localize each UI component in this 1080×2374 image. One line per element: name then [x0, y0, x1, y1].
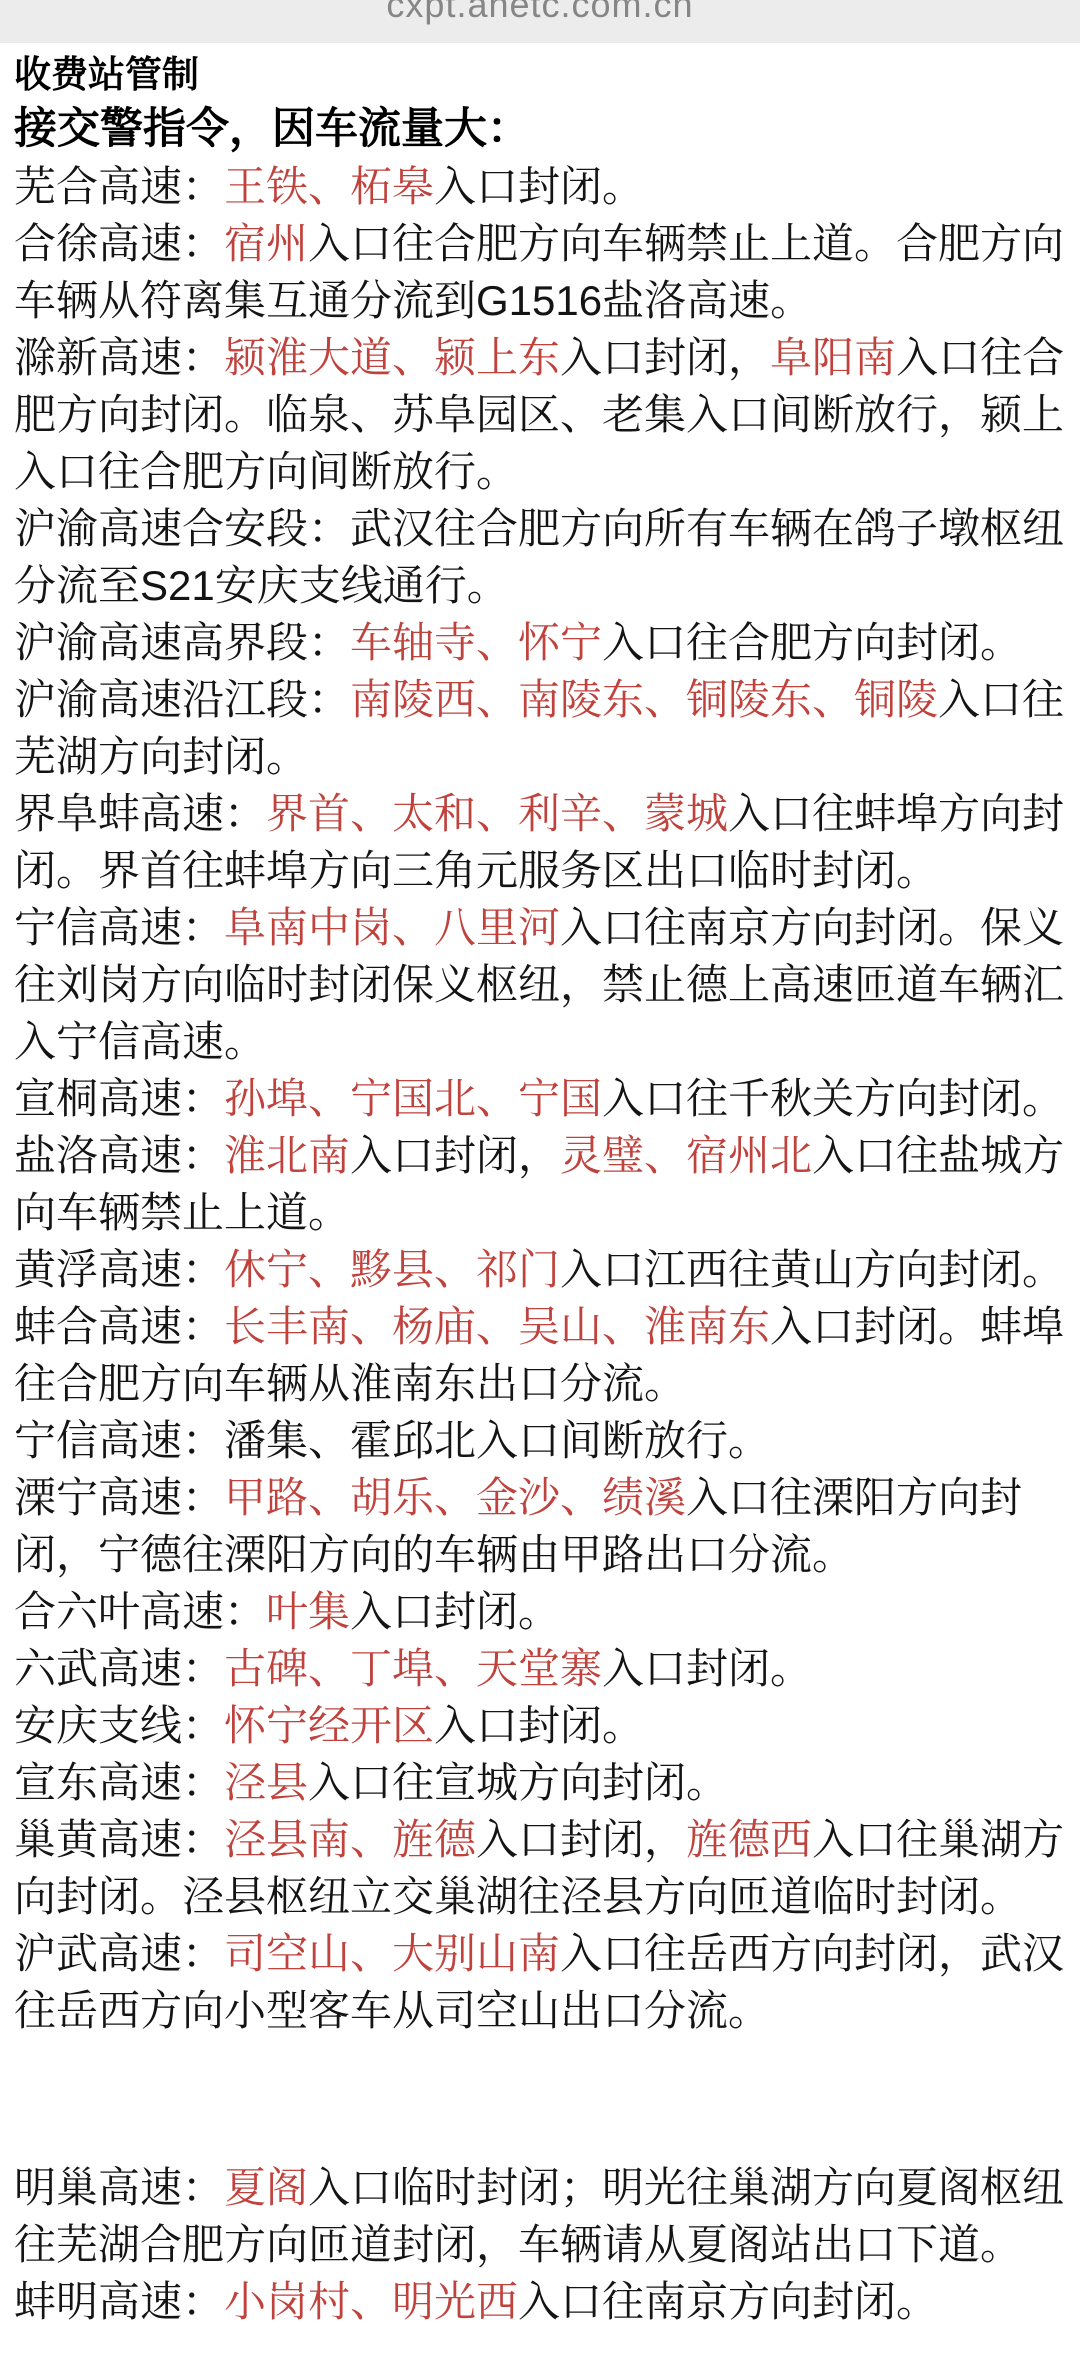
announcement-text: 合六叶高速： — [14, 1588, 266, 1635]
closed-station-name: 长丰南、杨庙、吴山、淮南东 — [224, 1303, 770, 1350]
announcement-paragraph: 蚌明高速：小岗村、明光西入口往南京方向封闭。 — [14, 2273, 1066, 2330]
announcement-paragraph: 宁信高速：阜南中岗、八里河入口往南京方向封闭。保义往刘岗方向临时封闭保义枢纽，禁… — [14, 899, 1066, 1070]
announcement-text: 明巢高速： — [14, 2164, 224, 2211]
announcement-text: 宁信高速：潘集、霍邱北入口间断放行。 — [14, 1417, 770, 1464]
announcement-text: 入口往千秋关方向封闭。 — [602, 1075, 1064, 1122]
announcement-text: 沪渝高速高界段： — [14, 619, 350, 666]
announcement-text: 盐洛高速： — [14, 1132, 224, 1179]
closed-station-name: 灵璧、宿州北 — [560, 1132, 812, 1179]
announcement-paragraph: 盐洛高速：淮北南入口封闭，灵璧、宿州北入口往盐城方向车辆禁止上道。 — [14, 1127, 1066, 1241]
announcement-text: 沪武高速： — [14, 1930, 224, 1977]
closed-station-name: 休宁、黟县、祁门 — [224, 1246, 560, 1293]
announcement-text: 合徐高速： — [14, 220, 224, 267]
announcement-text: 宣桐高速： — [14, 1075, 224, 1122]
page-subtitle: 接交警指令，因车流量大： — [14, 101, 1066, 158]
closed-station-name: 泾县南、旌德 — [224, 1816, 476, 1863]
announcement-text: 入口江西往黄山方向封闭。 — [560, 1246, 1064, 1293]
announcement-paragraph: 明巢高速：夏阁入口临时封闭；明光往巢湖方向夏阁枢纽往芜湖合肥方向匝道封闭，车辆请… — [14, 2159, 1066, 2273]
announcement-text: 宁信高速： — [14, 904, 224, 951]
announcement-paragraph: 宁信高速：潘集、霍邱北入口间断放行。 — [14, 1412, 1066, 1469]
closed-station-name: 旌德西 — [686, 1816, 812, 1863]
announcement-text: 黄浮高速： — [14, 1246, 224, 1293]
announcement-text: 沪渝高速合安段：武汉往合肥方向所有车辆在鸽子墩枢纽分流至S21安庆支线通行。 — [14, 505, 1064, 609]
closed-station-name: 孙埠、宁国北、宁国 — [224, 1075, 602, 1122]
closed-station-name: 夏阁 — [224, 2164, 308, 2211]
announcement-text: 芜合高速： — [14, 163, 224, 210]
announcement-text: 入口封闭， — [350, 1132, 560, 1179]
browser-url-bar[interactable]: cxpt.ahetc.com.cn — [0, 0, 1080, 43]
announcement-paragraph: 六武高速：古碑、丁埠、天堂寨入口封闭。 — [14, 1640, 1066, 1697]
announcement-text: 入口往南京方向封闭。 — [518, 2278, 938, 2325]
closed-station-name: 泾县 — [224, 1759, 308, 1806]
announcement-text: 入口封闭， — [476, 1816, 686, 1863]
announcement-text: 入口封闭。 — [602, 1645, 812, 1692]
announcement-text: 界阜蚌高速： — [14, 790, 266, 837]
announcement-text: 入口封闭。 — [434, 163, 644, 210]
announcement-paragraph: 芜合高速：王铁、柘皋入口封闭。 — [14, 158, 1066, 215]
closed-station-name: 阜南中岗、八里河 — [224, 904, 560, 951]
closed-station-name: 车轴寺、怀宁 — [350, 619, 602, 666]
closed-station-name: 南陵西、南陵东、铜陵东、铜陵 — [350, 676, 938, 723]
closed-station-name: 淮北南 — [224, 1132, 350, 1179]
closed-station-name: 小岗村、明光西 — [224, 2278, 518, 2325]
announcement-paragraph: 沪武高速：司空山、大别山南入口往岳西方向封闭，武汉往岳西方向小型客车从司空山出口… — [14, 1925, 1066, 2039]
announcement-paragraph: 沪渝高速沿江段：南陵西、南陵东、铜陵东、铜陵入口往芜湖方向封闭。 — [14, 671, 1066, 785]
closed-station-name: 叶集 — [266, 1588, 350, 1635]
announcement-text: 沪渝高速沿江段： — [14, 676, 350, 723]
announcement-text: 宣东高速： — [14, 1759, 224, 1806]
closed-station-name: 王铁、柘皋 — [224, 163, 434, 210]
announcement-paragraph: 沪渝高速高界段：车轴寺、怀宁入口往合肥方向封闭。 — [14, 614, 1066, 671]
announcement-text: 滁新高速： — [14, 334, 224, 381]
announcement-text: 入口封闭， — [560, 334, 770, 381]
closed-station-name: 阜阳南 — [770, 334, 896, 381]
closed-station-name: 界首、太和、利辛、蒙城 — [266, 790, 728, 837]
announcement-paragraph: 黄浮高速：休宁、黟县、祁门入口江西往黄山方向封闭。 — [14, 1241, 1066, 1298]
closed-station-name: 宿州 — [224, 220, 308, 267]
announcement-paragraph: 宣桐高速：孙埠、宁国北、宁国入口往千秋关方向封闭。 — [14, 1070, 1066, 1127]
announcement-paragraph: 溧宁高速：甲路、胡乐、金沙、绩溪入口往溧阳方向封闭，宁德往溧阳方向的车辆由甲路出… — [14, 1469, 1066, 1583]
announcement-text: 溧宁高速： — [14, 1474, 224, 1521]
announcement-paragraph: 宣东高速：泾县入口往宣城方向封闭。 — [14, 1754, 1066, 1811]
announcement-text: 巢黄高速： — [14, 1816, 224, 1863]
announcement-text: 蚌合高速： — [14, 1303, 224, 1350]
announcement-text: 蚌明高速： — [14, 2278, 224, 2325]
block-gap — [14, 2039, 1066, 2159]
announcement-paragraph: 合徐高速：宿州入口往合肥方向车辆禁止上道。合肥方向车辆从符离集互通分流到G151… — [14, 215, 1066, 329]
closed-station-name: 古碑、丁埠、天堂寨 — [224, 1645, 602, 1692]
announcement-text: 入口往宣城方向封闭。 — [308, 1759, 728, 1806]
announcement-paragraph: 沪渝高速合安段：武汉往合肥方向所有车辆在鸽子墩枢纽分流至S21安庆支线通行。 — [14, 500, 1066, 614]
announcement-paragraph: 合六叶高速：叶集入口封闭。 — [14, 1583, 1066, 1640]
announcement-text: 入口封闭。 — [350, 1588, 560, 1635]
announcement-text: 入口往合肥方向封闭。 — [602, 619, 1022, 666]
closed-station-name: 甲路、胡乐、金沙、绩溪 — [224, 1474, 686, 1521]
closed-station-name: 怀宁经开区 — [224, 1702, 434, 1749]
announcement-paragraph: 蚌合高速：长丰南、杨庙、吴山、淮南东入口封闭。蚌埠往合肥方向车辆从淮南东出口分流… — [14, 1298, 1066, 1412]
closed-station-name: 颍淮大道、颍上东 — [224, 334, 560, 381]
announcement-text: 六武高速： — [14, 1645, 224, 1692]
announcement-text: 入口封闭。 — [434, 1702, 644, 1749]
closed-station-name: 司空山、大别山南 — [224, 1930, 560, 1977]
announcements-block-1: 芜合高速：王铁、柘皋入口封闭。合徐高速：宿州入口往合肥方向车辆禁止上道。合肥方向… — [14, 158, 1066, 2039]
announcement-paragraph: 安庆支线：怀宁经开区入口封闭。 — [14, 1697, 1066, 1754]
announcements-block-2: 明巢高速：夏阁入口临时封闭；明光往巢湖方向夏阁枢纽往芜湖合肥方向匝道封闭，车辆请… — [14, 2159, 1066, 2330]
browser-url-text: cxpt.ahetc.com.cn — [386, 0, 693, 26]
announcement-paragraph: 界阜蚌高速：界首、太和、利辛、蒙城入口往蚌埠方向封闭。界首往蚌埠方向三角元服务区… — [14, 785, 1066, 899]
page-title: 收费站管制 — [14, 49, 1066, 101]
page-content: 收费站管制 接交警指令，因车流量大： 芜合高速：王铁、柘皋入口封闭。合徐高速：宿… — [0, 43, 1080, 2370]
announcement-paragraph: 巢黄高速：泾县南、旌德入口封闭，旌德西入口往巢湖方向封闭。泾县枢纽立交巢湖往泾县… — [14, 1811, 1066, 1925]
announcement-text: 安庆支线： — [14, 1702, 224, 1749]
announcement-paragraph: 滁新高速：颍淮大道、颍上东入口封闭，阜阳南入口往合肥方向封闭。临泉、苏阜园区、老… — [14, 329, 1066, 500]
